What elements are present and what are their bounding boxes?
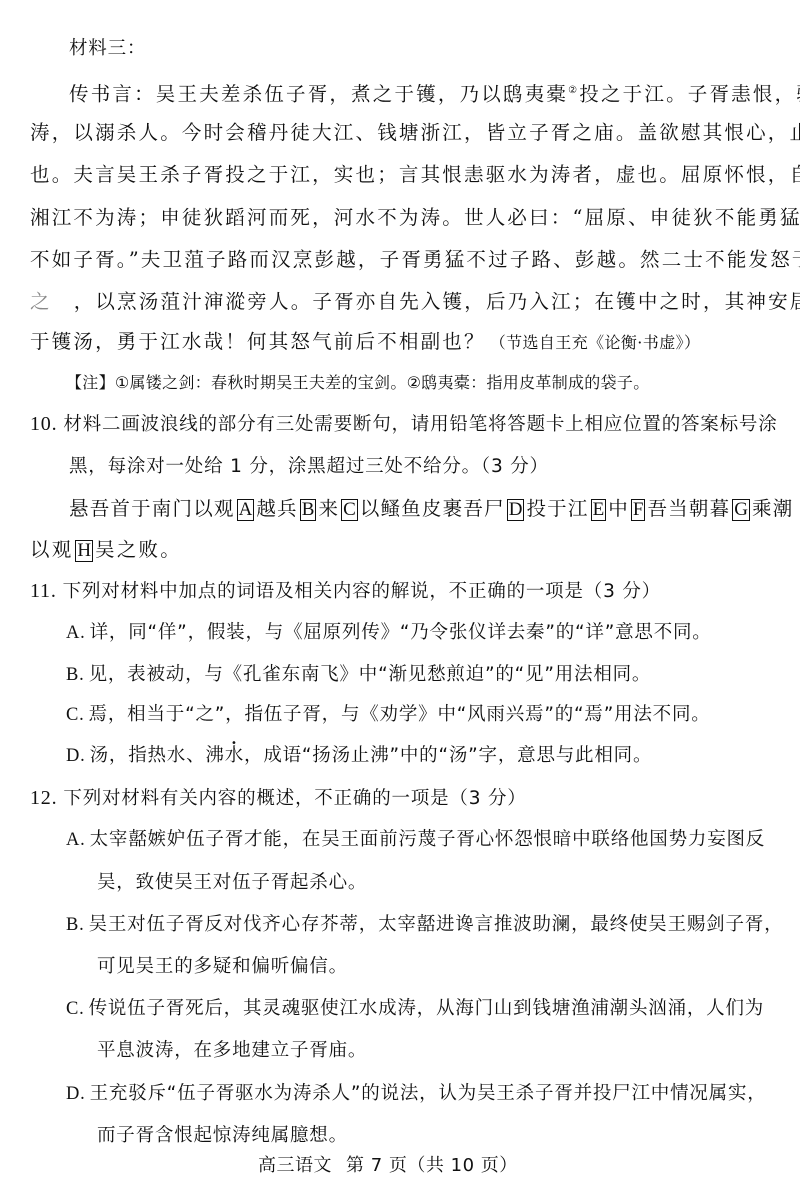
q12-option-d-cont: 而子胥含恨起惊涛纯属臆想。	[97, 1124, 348, 1148]
option-text: 王充驳斥“伍子胥驱水为涛杀人”的说法，认为吴王杀子胥并投尸江中情况属实，	[90, 1083, 767, 1104]
q11-stem: 11.下列对材料中加点的词语及相关内容的解说，不正确的一项是（3 分）	[30, 579, 661, 604]
passage-text: 于镬汤，勇于江水哉！何其怒气前后不相副也？	[30, 330, 486, 353]
answer-box-f[interactable]: F	[631, 499, 646, 521]
q10-line-2: 黑，每涂对一处给 1 分，涂黑超过三处不给分。（3 分）	[69, 455, 549, 479]
q10-punctuation-line-2: 以观H吴之败。	[30, 538, 182, 562]
option-label: A.	[66, 830, 86, 850]
segment: 以鳋鱼皮裹吾尸	[360, 497, 505, 520]
segment: 来	[318, 497, 339, 520]
question-stem: 材料二画波浪线的部分有三处需要断句，请用铅笔将答题卡上相应位置的答案标号涂	[63, 414, 777, 435]
passage-text: ，以烹汤菹汁渖漎旁人。子胥亦自先入镬，后乃入江；在镬中之时，其神安居？岂怯	[74, 290, 800, 313]
option-text: 焉，相当于“之”，指伍子胥，与《劝学》中“风雨兴焉”的“焉”用法不同。	[89, 704, 711, 725]
option-text: 吴王对伍子胥反对伐齐心存芥蒂，太宰嚭进谗言推波助澜，最终使吴王赐剑子胥，	[89, 914, 784, 935]
segment: 乘潮	[752, 497, 793, 520]
answer-box-d[interactable]: D	[507, 499, 525, 521]
segment: 吴之败。	[95, 538, 182, 561]
passage-line-3: 也。夫言吴王杀子胥投之于江，实也；言其恨恚驱水为涛者，虚也。屈原怀恨，自投湘江，	[30, 163, 800, 187]
q11-option-a[interactable]: A.详，同“佯”，假装，与《屈原列传》“乃令张仪详去秦”的“详”意思不同。	[66, 621, 712, 645]
page-number: 第 7 页（共 10 页）	[346, 1155, 518, 1176]
option-text: 详，同“佯”，假装，与《屈原列传》“乃令张仪详去秦”的“详”意思不同。	[90, 622, 712, 643]
answer-box-h[interactable]: H	[75, 540, 93, 562]
question-stem: 下列对材料有关内容的概述，不正确的一项是（3 分）	[63, 788, 526, 809]
q11-option-c[interactable]: C.焉，相当于“之”，指伍子胥，与《劝学》中“风雨兴焉”的“焉”用法不同。	[66, 703, 711, 727]
q12-option-b-cont: 可见吴王的多疑和偏听偏信。	[97, 955, 348, 979]
passage-line-4: 湘江不为涛；申徒狄蹈河而死，河水不为涛。世人必曰：“屈原、申徒狄不能勇猛，力怒	[30, 206, 800, 230]
material-heading: 材料三：	[69, 37, 146, 61]
option-text: 传说伍子胥死后，其灵魂驱使江水成涛，从海门山到钱塘渔浦潮头汹涌，人们为	[89, 998, 765, 1019]
source-citation: （节选自王充《论衡·书虚》）	[490, 333, 701, 352]
q10-line-1: 10.材料二画波浪线的部分有三处需要断句，请用铅笔将答题卡上相应位置的答案标号涂	[30, 412, 778, 437]
q12-option-a[interactable]: A.太宰嚭嫉妒伍子胥才能，在吴王面前污蔑子胥心怀怨恨暗中联络他国势力妄图反	[66, 828, 765, 852]
q12-option-c[interactable]: C.传说伍子胥死后，其灵魂驱使江水成涛，从海门山到钱塘渔浦潮头汹涌，人们为	[66, 997, 764, 1021]
segment: 越兵	[256, 497, 297, 520]
q12-option-b[interactable]: B.吴王对伍子胥反对伐齐心存芥蒂，太宰嚭进谗言推波助澜，最终使吴王赐剑子胥，	[66, 913, 783, 937]
emphasis-dot-char: 水	[225, 745, 244, 766]
option-label: B.	[66, 915, 85, 935]
q12-option-a-cont: 吴，致使吴王对伍子胥起杀心。	[97, 871, 367, 895]
answer-box-a[interactable]: A	[237, 499, 255, 521]
segment: 悬吾首于南门以观	[69, 497, 235, 520]
question-stem: 下列对材料中加点的词语及相关内容的解说，不正确的一项是（3 分）	[63, 581, 661, 602]
page-footer: 高三语文第 7 页（共 10 页）	[258, 1154, 518, 1178]
q11-option-d[interactable]: D.汤，指热水、沸水，成语“扬汤止沸”中的“汤”字，意思与此相同。	[66, 744, 652, 768]
passage-text: 投之于江。子胥恚恨，驱水为	[579, 83, 800, 106]
option-text: 太宰嚭嫉妒伍子胥才能，在吴王面前污蔑子胥心怀怨恨暗中联络他国势力妄图反	[90, 829, 766, 850]
answer-box-g[interactable]: G	[732, 499, 750, 521]
answer-box-c[interactable]: C	[341, 499, 358, 521]
segment: 吾当朝暮	[647, 497, 730, 520]
option-text: 见，表被动，与《孔雀东南飞》中“渐见愁煎迫”的“见”用法相同。	[89, 664, 652, 685]
q11-option-b[interactable]: B.见，表被动，与《孔雀东南飞》中“渐见愁煎迫”的“见”用法相同。	[66, 663, 651, 687]
footnote-mark: ②	[568, 85, 579, 96]
question-number: 11.	[30, 580, 57, 602]
q10-punctuation-line-1: 悬吾首于南门以观A越兵B来C以鳋鱼皮裹吾尸D投于江E中F吾当朝暮G乘潮	[69, 497, 793, 521]
segment: 以观	[30, 538, 73, 561]
option-label: C.	[66, 705, 85, 725]
option-label: B.	[66, 665, 85, 685]
option-label: D.	[66, 1084, 86, 1104]
annotation-note: 【注】①属镂之剑：春秋时期吴王夫差的宝剑。②鸱夷橐：指用皮革制成的袋子。	[66, 371, 650, 395]
passage-line-6: 之，以烹汤菹汁渖漎旁人。子胥亦自先入镬，后乃入江；在镬中之时，其神安居？岂怯	[30, 290, 800, 314]
passage-text: 传书言：吴王夫差杀伍子胥，煮之于镬，乃以鸱夷橐	[69, 83, 568, 106]
faded-text: 之	[30, 290, 52, 313]
option-text: 汤，指热水、沸	[90, 745, 225, 766]
q12-option-c-cont: 平息波涛，在多地建立子胥庙。	[97, 1039, 367, 1063]
footer-subject: 高三语文	[258, 1155, 332, 1176]
question-number: 10.	[30, 413, 57, 435]
answer-box-e[interactable]: E	[591, 499, 607, 521]
segment: 投于江	[526, 497, 588, 520]
passage-line-2: 涛，以溺杀人。今时会稽丹徒大江、钱塘浙江，皆立子胥之庙。盖欲慰其恨心，止其猛涛	[30, 121, 800, 145]
q12-stem: 12.下列对材料有关内容的概述，不正确的一项是（3 分）	[30, 786, 527, 811]
passage-line-5: 不如子胥。”夫卫菹子路而汉烹彭越，子胥勇猛不过子路、彭越。然二士不能发怒于鼎镬	[30, 248, 800, 272]
q12-option-d[interactable]: D.王充驳斥“伍子胥驱水为涛杀人”的说法，认为吴王杀子胥并投尸江中情况属实，	[66, 1082, 767, 1106]
option-text: ，成语“扬汤止沸”中的“汤”字，意思与此相同。	[244, 745, 652, 766]
option-label: A.	[66, 623, 86, 643]
option-label: C.	[66, 999, 85, 1019]
passage-line-7: 于镬汤，勇于江水哉！何其怒气前后不相副也？（节选自王充《论衡·书虚》）	[30, 330, 700, 355]
passage-line-1: 传书言：吴王夫差杀伍子胥，煮之于镬，乃以鸱夷橐②投之于江。子胥恚恨，驱水为	[69, 79, 800, 107]
option-label: D.	[66, 746, 86, 766]
answer-box-b[interactable]: B	[300, 499, 317, 521]
segment: 中	[608, 497, 629, 520]
question-number: 12.	[30, 787, 57, 809]
